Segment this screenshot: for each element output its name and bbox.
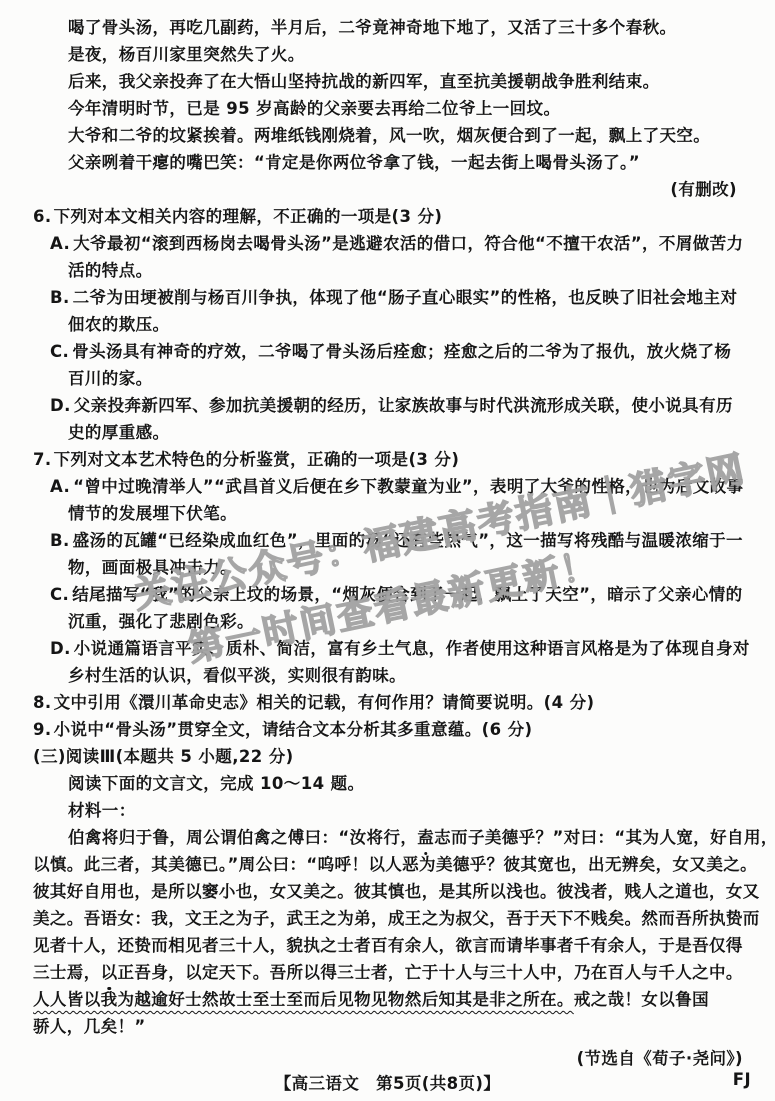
option-label: A. bbox=[50, 234, 70, 253]
wavy-underlined-sentence: 人人皆以我为越逾好士然故士至士至而后见物见物然后知其是非之所在。 bbox=[33, 990, 574, 1009]
material-1-label: 材料一： bbox=[0, 797, 775, 824]
option-text: 结尾描写“我”的父亲上坟的场景，“烟灰便合到了一起，飘上了天空”，暗示了父亲心情… bbox=[72, 585, 742, 604]
classical-text: 伯禽将归于鲁，周公谓伯禽之傅曰：“汝将行， bbox=[68, 828, 417, 847]
story-line: 喝了骨头汤，再吃几副药，半月后，二爷竟神奇地下地了，又活了三十多个春秋。 bbox=[0, 14, 775, 41]
q6-option-b: B.二爷为田埂被削与杨百川争执，体现了他“肠子直心眼实”的性格，也反映了旧社会地… bbox=[0, 284, 775, 311]
story-line: 今年清明时节，已是 95 岁高龄的父亲要去再给二位爷上一回坟。 bbox=[0, 95, 775, 122]
option-text: 二爷为田埂被削与杨百川争执，体现了他“肠子直心眼实”的性格，也反映了旧社会地主对 bbox=[73, 288, 738, 307]
emphasized-char: 盍 bbox=[417, 824, 434, 851]
question-number: 9. bbox=[33, 720, 52, 739]
question-9-stem: 9.小说中“骨头汤”贯穿全文，请结合文本分析其多重意蕴。(6 分) bbox=[0, 716, 775, 743]
question-8-stem: 8.文中引用《澴川革命史志》相关的记载，有何作用？请简要说明。(4 分) bbox=[0, 689, 775, 716]
classical-line-3: 彼其好自用也，是所以窭小也，女又美之。彼其慎也，是其所以浅也。彼浅者，贱人之道也… bbox=[0, 878, 775, 905]
story-line: 父亲咧着干瘪的嘴巴笑：“肯定是你两位爷拿了钱，一起去街上喝骨头汤了。” bbox=[0, 149, 775, 176]
exam-page: 喝了骨头汤，再吃几副药，半月后，二爷竟神奇地下地了，又活了三十多个春秋。 是夜，… bbox=[0, 0, 775, 1101]
option-label: B. bbox=[50, 288, 70, 307]
classical-line-8: 骄人，几矣！” bbox=[0, 1013, 775, 1040]
classical-line-1: 伯禽将归于鲁，周公谓伯禽之傅曰：“汝将行，盍志而子美德乎？”对曰：“其为人宽，好… bbox=[0, 824, 775, 851]
option-label: C. bbox=[50, 342, 69, 361]
story-line: 后来，我父亲投奔了在大悟山坚持抗战的新四军，直至抗美援朝战争胜利结束。 bbox=[0, 68, 775, 95]
option-text: “曾中过晚清举人”“武昌首义后便在乡下教蒙童为业”，表明了大爷的性格，也为后文故… bbox=[73, 477, 743, 496]
q7-option-b: B.盛汤的瓦罐“已经染成血红色”，里面的汤“还有些热气”，这一描写将残酷与温暖浓… bbox=[0, 527, 775, 554]
option-text: 父亲投奔新四军、参加抗美援朝的经历，让家族故事与时代洪流形成关联，使小说具有历 bbox=[74, 396, 733, 415]
q7-option-d: D.小说通篇语言平实、质朴、简洁，富有乡土气息，作者使用这种语言风格是为了体现自… bbox=[0, 635, 775, 662]
classical-line-7: 人人皆以我为越逾好士然故士至士至而后见物见物然后知其是非之所在。戒之哉！女以鲁国 bbox=[0, 986, 775, 1013]
option-label: D. bbox=[50, 639, 71, 658]
question-stem-text: 下列对文本艺术特色的分析鉴赏，正确的一项是(3 分) bbox=[54, 450, 460, 469]
option-label: A. bbox=[50, 477, 70, 496]
classical-text: 志而子美德乎？”对曰：“其为人宽，好自用， bbox=[434, 828, 775, 847]
classical-line-5: 见者十人，还贽而相见者三十人，貌执之士者百有余人，欲言而请毕事者千有余人，于是吾… bbox=[0, 932, 775, 959]
q6-option-a-cont: 活的特点。 bbox=[0, 257, 775, 284]
q6-option-d-cont: 史的厚重感。 bbox=[0, 419, 775, 446]
footer-code: FJ bbox=[733, 1070, 751, 1089]
q7-option-c-cont: 沉重，强化了悲剧色彩。 bbox=[0, 608, 775, 635]
q6-option-b-cont: 佃农的欺压。 bbox=[0, 311, 775, 338]
classical-text: 正吾身，以定天下。吾所以得三士者，亡于十人与三十人中，乃在百人与千人之中。 bbox=[118, 963, 743, 982]
q6-option-c-cont: 百川的家。 bbox=[0, 365, 775, 392]
classical-text: 戒之哉！女以鲁国 bbox=[574, 990, 709, 1009]
question-6-stem: 6.下列对本文相关内容的理解，不正确的一项是(3 分) bbox=[0, 203, 775, 230]
q7-option-a-cont: 情节的发展埋下伏笔。 bbox=[0, 500, 775, 527]
classical-text: 三士焉， bbox=[33, 963, 101, 982]
classical-line-2: 以慎。此三者，其美德已。”周公曰：“呜呼！以人恶为美德乎？彼其宽也，出无辨矣，女… bbox=[0, 851, 775, 878]
option-text: 骨头汤具有神奇的疗效，二爷喝了骨头汤后痊愈；痊愈之后的二爷为了报仇，放火烧了杨 bbox=[72, 342, 731, 361]
option-text: 大爷最初“滚到西杨岗去喝骨头汤”是逃避农活的借口，符合他“不擅干农活”，不屑做苦… bbox=[73, 234, 743, 253]
option-label: D. bbox=[50, 396, 71, 415]
classical-line-4: 美之。吾语女：我，文王之为子，武王之为弟，成王之为叔父，吾于天下不贱矣。然而吾所… bbox=[0, 905, 775, 932]
story-line: 大爷和二爷的坟紧挨着。两堆纸钱刚烧着，风一吹，烟灰便合到了一起，飘上了天空。 bbox=[0, 122, 775, 149]
emphasized-char: 以 bbox=[101, 959, 118, 986]
page-footer: 【高三语文 第5页(共8页)】 FJ bbox=[0, 1070, 775, 1094]
question-number: 6. bbox=[33, 207, 52, 226]
question-stem-text: 下列对本文相关内容的理解，不正确的一项是(3 分) bbox=[54, 207, 443, 226]
story-line: 是夜，杨百川家里突然失了火。 bbox=[0, 41, 775, 68]
q6-option-d: D.父亲投奔新四军、参加抗美援朝的经历，让家族故事与时代洪流形成关联，使小说具有… bbox=[0, 392, 775, 419]
passage-source: (节选自《荀子·尧问》) bbox=[0, 1045, 775, 1072]
q7-option-b-cont: 物，画面极具冲击力。 bbox=[0, 554, 775, 581]
question-7-stem: 7.下列对文本艺术特色的分析鉴赏，正确的一项是(3 分) bbox=[0, 446, 775, 473]
option-label: B. bbox=[50, 531, 70, 550]
q6-option-c: C.骨头汤具有神奇的疗效，二爷喝了骨头汤后痊愈；痊愈之后的二爷为了报仇，放火烧了… bbox=[0, 338, 775, 365]
q7-option-d-cont: 乡村生活的认识，看似平淡，实则很有韵味。 bbox=[0, 662, 775, 689]
section-3-instruction: 阅读下面的文言文，完成 10～14 题。 bbox=[0, 770, 775, 797]
footer-page-indicator: 【高三语文 第5页(共8页)】 bbox=[0, 1070, 775, 1094]
question-number: 7. bbox=[33, 450, 52, 469]
section-3-heading: (三)阅读Ⅲ(本题共 5 小题,22 分) bbox=[0, 743, 775, 770]
question-stem-text: 小说中“骨头汤”贯穿全文，请结合文本分析其多重意蕴。(6 分) bbox=[54, 720, 533, 739]
q7-option-c: C.结尾描写“我”的父亲上坟的场景，“烟灰便合到了一起，飘上了天空”，暗示了父亲… bbox=[0, 581, 775, 608]
option-text: 盛汤的瓦罐“已经染成血红色”，里面的汤“还有些热气”，这一描写将残酷与温暖浓缩于… bbox=[73, 531, 743, 550]
option-label: C. bbox=[50, 585, 69, 604]
option-text: 小说通篇语言平实、质朴、简洁，富有乡土气息，作者使用这种语言风格是为了体现自身对 bbox=[74, 639, 750, 658]
edit-note: (有删改) bbox=[0, 176, 775, 203]
question-stem-text: 文中引用《澴川革命史志》相关的记载，有何作用？请简要说明。(4 分) bbox=[54, 693, 595, 712]
q7-option-a: A.“曾中过晚清举人”“武昌首义后便在乡下教蒙童为业”，表明了大爷的性格，也为后… bbox=[0, 473, 775, 500]
q6-option-a: A.大爷最初“滚到西杨岗去喝骨头汤”是逃避农活的借口，符合他“不擅干农活”，不屑… bbox=[0, 230, 775, 257]
question-number: 8. bbox=[33, 693, 52, 712]
classical-line-6: 三士焉，以正吾身，以定天下。吾所以得三士者，亡于十人与三十人中，乃在百人与千人之… bbox=[0, 959, 775, 986]
